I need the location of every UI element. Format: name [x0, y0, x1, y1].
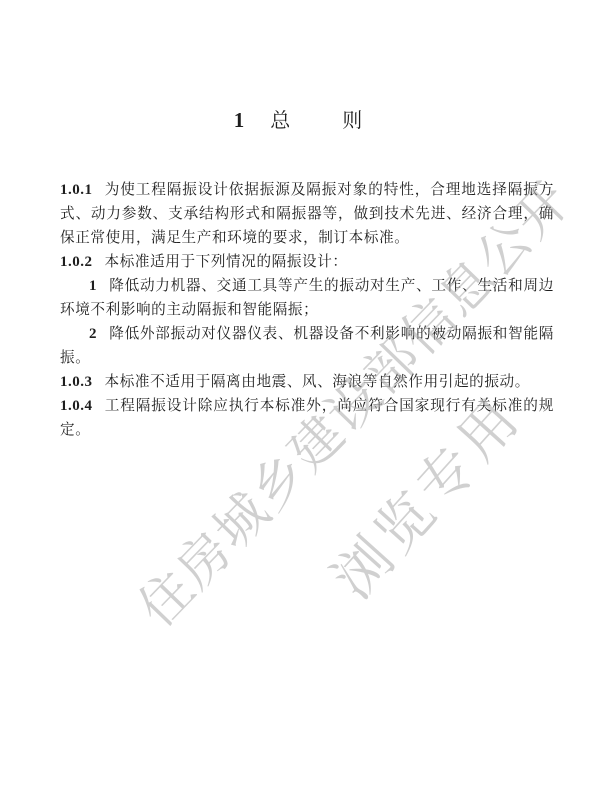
clause-number: 1.0.1	[60, 182, 93, 198]
clause-1-0-2-item-1: 1降低动力机器、交通工具等产生的振动对生产、工作、生活和周边环境不利影响的主动隔…	[60, 274, 554, 322]
item-number: 1	[89, 278, 97, 294]
clause-1-0-2: 1.0.2本标准适用于下列情况的隔振设计：	[60, 250, 554, 274]
clause-1-0-1: 1.0.1为使工程隔振设计依据振源及隔振对象的特性，合理地选择隔振方式、动力参数…	[60, 178, 554, 250]
clause-text: 工程隔振设计除应执行本标准外，尚应符合国家现行有关标准的规定。	[60, 397, 554, 438]
chapter-title: 1总则	[0, 104, 596, 133]
document-page: 1总则 1.0.1为使工程隔振设计依据振源及隔振对象的特性，合理地选择隔振方式、…	[0, 0, 596, 806]
chapter-title-char-1: 总	[270, 108, 290, 132]
clause-1-0-3: 1.0.3本标准不适用于隔离由地震、风、海浪等自然作用引起的振动。	[60, 370, 554, 394]
clause-1-0-4: 1.0.4工程隔振设计除应执行本标准外，尚应符合国家现行有关标准的规定。	[60, 394, 554, 442]
item-number: 2	[89, 326, 97, 342]
clause-number: 1.0.3	[60, 374, 93, 390]
chapter-body: 1.0.1为使工程隔振设计依据振源及隔振对象的特性，合理地选择隔振方式、动力参数…	[60, 178, 554, 442]
clause-text: 为使工程隔振设计依据振源及隔振对象的特性，合理地选择隔振方式、动力参数、支承结构…	[60, 181, 554, 246]
chapter-title-char-2: 则	[342, 108, 362, 132]
clause-text: 本标准适用于下列情况的隔振设计：	[105, 253, 348, 270]
clause-text: 本标准不适用于隔离由地震、风、海浪等自然作用引起的振动。	[105, 373, 530, 390]
clause-1-0-2-item-2: 2降低外部振动对仪器仪表、机器设备不利影响的被动隔振和智能隔振。	[60, 322, 554, 370]
clause-number: 1.0.2	[60, 254, 93, 270]
item-text: 降低外部振动对仪器仪表、机器设备不利影响的被动隔振和智能隔振。	[60, 325, 554, 366]
clause-number: 1.0.4	[60, 398, 93, 414]
item-text: 降低动力机器、交通工具等产生的振动对生产、工作、生活和周边环境不利影响的主动隔振…	[60, 277, 554, 318]
chapter-number: 1	[234, 108, 245, 132]
